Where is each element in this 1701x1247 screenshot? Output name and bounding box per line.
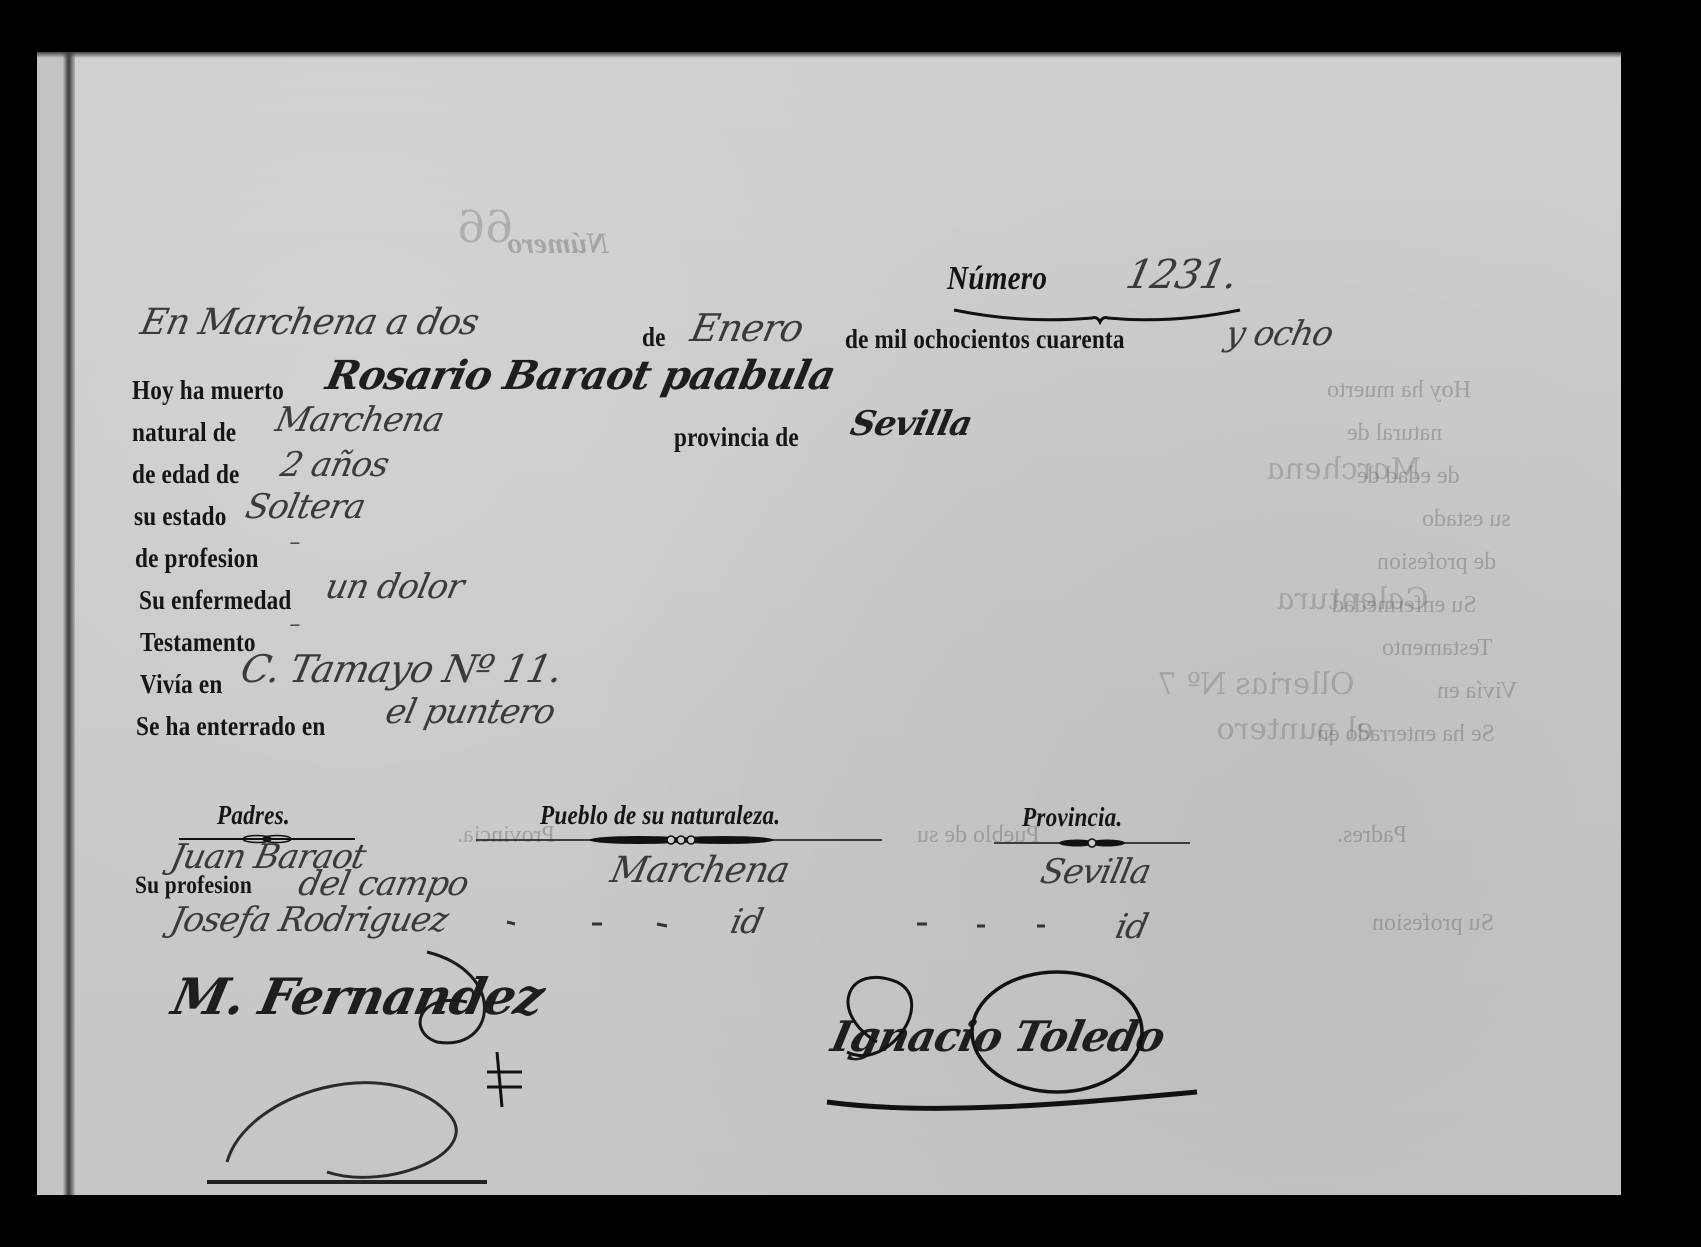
- value-vivia-en: C. Tamayo Nº 11.: [237, 647, 566, 691]
- padre-provincia: Sevilla: [1037, 852, 1154, 892]
- register-page: Número 66 Hoy ha muerto natural de de ed…: [37, 52, 1621, 1195]
- label-su-profesion: Su profesion: [135, 872, 252, 900]
- page-shadow: [37, 52, 1621, 58]
- bleed-label-3: su estado: [1422, 506, 1511, 533]
- label-enfermedad: Su enfermedad: [139, 585, 292, 616]
- label-enterrado: Se ha enterrado en: [136, 711, 325, 742]
- header-padres: Padres.: [217, 800, 290, 831]
- bleed-label-9: Padres.: [1337, 822, 1407, 849]
- label-natural-de: natural de: [132, 417, 236, 448]
- numero-value: 1231.: [1122, 252, 1241, 298]
- signature-flourish-right: [787, 952, 1207, 1132]
- label-hoy-ha-muerto: Hoy ha muerto: [132, 375, 284, 406]
- value-enfermedad: un dolor: [322, 567, 467, 607]
- header-provincia: Provincia.: [1022, 802, 1122, 833]
- padre-pueblo: Marchena: [607, 850, 793, 891]
- page-edge: [37, 52, 63, 1195]
- bleed-label-1: natural de: [1347, 420, 1442, 447]
- bleed-hand-2: Calentura: [1273, 582, 1432, 617]
- date-month: Enero: [687, 306, 807, 350]
- label-estado: su estado: [134, 501, 227, 532]
- value-edad: 2 años: [277, 445, 392, 485]
- bleed-hand-1: Marchena: [1263, 452, 1424, 487]
- pueblo-rule: [474, 832, 884, 848]
- bleed-numero-value: 66: [452, 202, 519, 253]
- bleed-hand-3: Ollerias Nº 7: [1153, 667, 1358, 702]
- bleed-hand-4: el puntero: [1213, 712, 1377, 747]
- date-year-printed: de mil ochocientos cuarenta: [845, 324, 1125, 355]
- numero-label: Número: [947, 260, 1047, 298]
- dash-fillers: [497, 912, 1117, 932]
- value-provincia: Sevilla: [847, 404, 975, 444]
- madre-provincia: id: [1112, 907, 1151, 947]
- bleed-label-0: Hoy ha muerto: [1327, 377, 1471, 404]
- header-pueblo: Pueblo de su naturaleza.: [540, 800, 780, 831]
- label-vivia-en: Vivía en: [140, 669, 222, 700]
- label-testamento: Testamento: [140, 627, 256, 658]
- label-provincia: provincia de: [674, 422, 799, 453]
- bleed-label-10: Su profesion: [1372, 910, 1494, 937]
- padre-profesion: del campo: [295, 864, 472, 904]
- bleed-numero: Número: [507, 227, 609, 261]
- date-day: En Marchena a dos: [137, 302, 482, 343]
- book-gutter: [63, 52, 75, 1195]
- value-natural-de: Marchena: [272, 400, 447, 440]
- date-year-suffix: y ocho: [1222, 314, 1336, 354]
- date-de-label: de: [642, 322, 666, 353]
- bleed-label-4: de profesion: [1377, 549, 1496, 576]
- provincia-rule: [992, 836, 1192, 850]
- value-deceased-name: Rosario Baraot paabula: [322, 352, 839, 399]
- value-profesion: –: [287, 530, 302, 555]
- value-estado: Soltera: [242, 487, 368, 527]
- label-edad: de edad de: [132, 459, 240, 490]
- label-profesion: de profesion: [135, 543, 259, 574]
- signature-flourish-left: [187, 932, 607, 1192]
- bleed-label-6: Testamento: [1382, 635, 1492, 662]
- numero-flourish: [952, 302, 1242, 326]
- bleed-label-7: Vivía en: [1437, 678, 1518, 705]
- value-enterrado: el puntero: [382, 692, 558, 732]
